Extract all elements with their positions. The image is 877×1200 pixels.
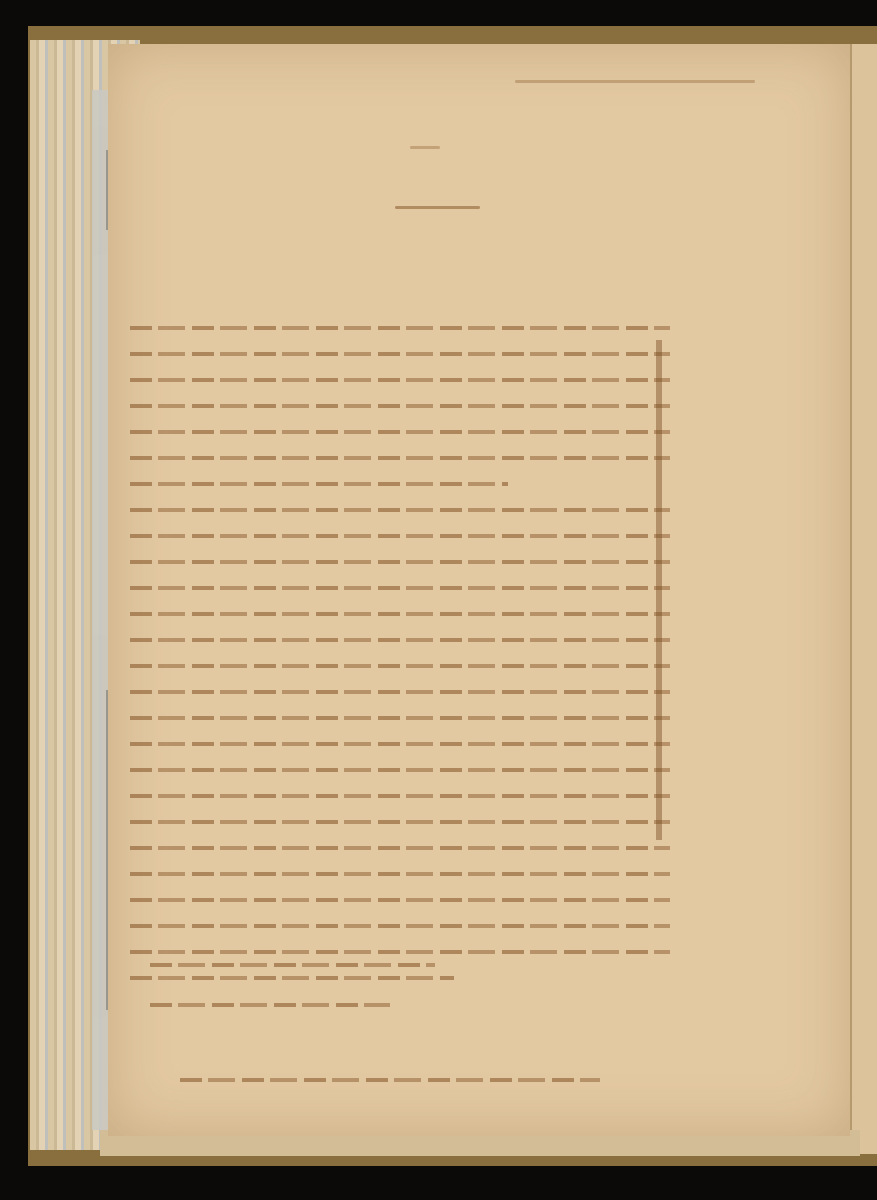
main-text-block (130, 318, 670, 994)
top-mark (395, 206, 480, 209)
adjacent-page-edge (850, 44, 877, 1154)
manuscript-page (108, 44, 850, 1136)
header-note (515, 80, 755, 83)
top-mark (410, 146, 440, 149)
signature-block (150, 955, 450, 1021)
closing-line (180, 1070, 600, 1096)
margin-note (656, 340, 662, 840)
